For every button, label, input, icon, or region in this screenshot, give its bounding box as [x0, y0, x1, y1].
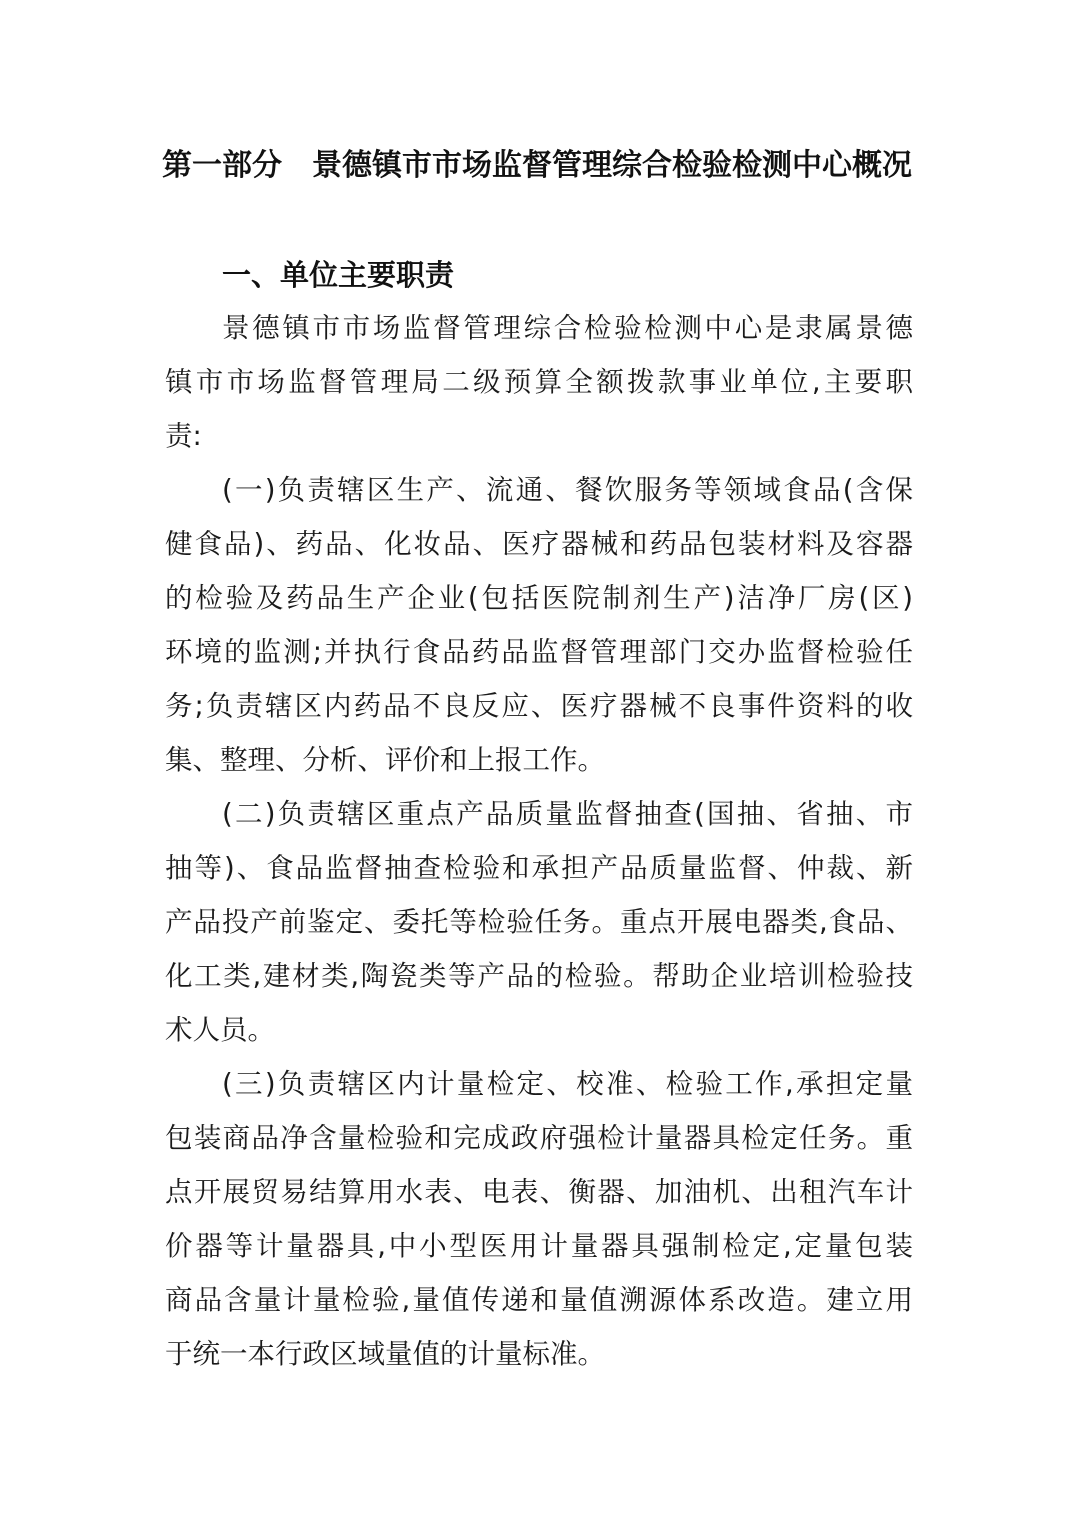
paragraph-4-line-4: 价器等计量器具,中小型医用计量器具强制检定,定量包装 [165, 1226, 913, 1266]
paragraph-4-line-1: (三)负责辖区内计量检定、校准、检验工作,承担定量 [222, 1064, 913, 1104]
paragraph-2-line-5: 务;负责辖区内药品不良反应、医疗器械不良事件资料的收 [165, 686, 913, 726]
paragraph-3-line-3: 产品投产前鉴定、委托等检验任务。重点开展电器类,食品、 [165, 902, 913, 942]
paragraph-3-line-1: (二)负责辖区重点产品质量监督抽查(国抽、省抽、市 [222, 794, 913, 834]
document-page: 第一部分 景德镇市市场监督管理综合检验检测中心概况 一、单位主要职责 景德镇市市… [0, 0, 1074, 1520]
paragraph-2-line-1: (一)负责辖区生产、流通、餐饮服务等领域食品(含保 [222, 470, 913, 510]
paragraph-1-line-3: 责: [165, 416, 913, 456]
paragraph-4-line-2: 包装商品净含量检验和完成政府强检计量器具检定任务。重 [165, 1118, 913, 1158]
paragraph-1-line-2: 镇市市场监督管理局二级预算全额拨款事业单位,主要职 [165, 362, 913, 402]
paragraph-2-line-6: 集、整理、分析、评价和上报工作。 [165, 740, 913, 780]
paragraph-2-line-2: 健食品)、药品、化妆品、医疗器械和药品包装材料及容器 [165, 524, 913, 564]
paragraph-2-line-4: 环境的监测;并执行食品药品监督管理部门交办监督检验任 [165, 632, 913, 672]
paragraph-4-line-3: 点开展贸易结算用水表、电表、衡器、加油机、出租汽车计 [165, 1172, 913, 1212]
paragraph-4-line-6: 于统一本行政区域量值的计量标准。 [165, 1334, 913, 1374]
paragraph-2-line-3: 的检验及药品生产企业(包括医院制剂生产)洁净厂房(区) [165, 578, 913, 618]
paragraph-3-line-4: 化工类,建材类,陶瓷类等产品的检验。帮助企业培训检验技 [165, 956, 913, 996]
paragraph-3-line-2: 抽等)、食品监督抽查检验和承担产品质量监督、仲裁、新 [165, 848, 913, 888]
paragraph-4-line-5: 商品含量计量检验,量值传递和量值溯源体系改造。建立用 [165, 1280, 913, 1320]
section-heading: 一、单位主要职责 [222, 253, 454, 294]
paragraph-3-line-5: 术人员。 [165, 1010, 913, 1050]
paragraph-1-line-1: 景德镇市市场监督管理综合检验检测中心是隶属景德 [222, 308, 913, 348]
page-title: 第一部分 景德镇市市场监督管理综合检验检测中心概况 [0, 140, 1074, 184]
